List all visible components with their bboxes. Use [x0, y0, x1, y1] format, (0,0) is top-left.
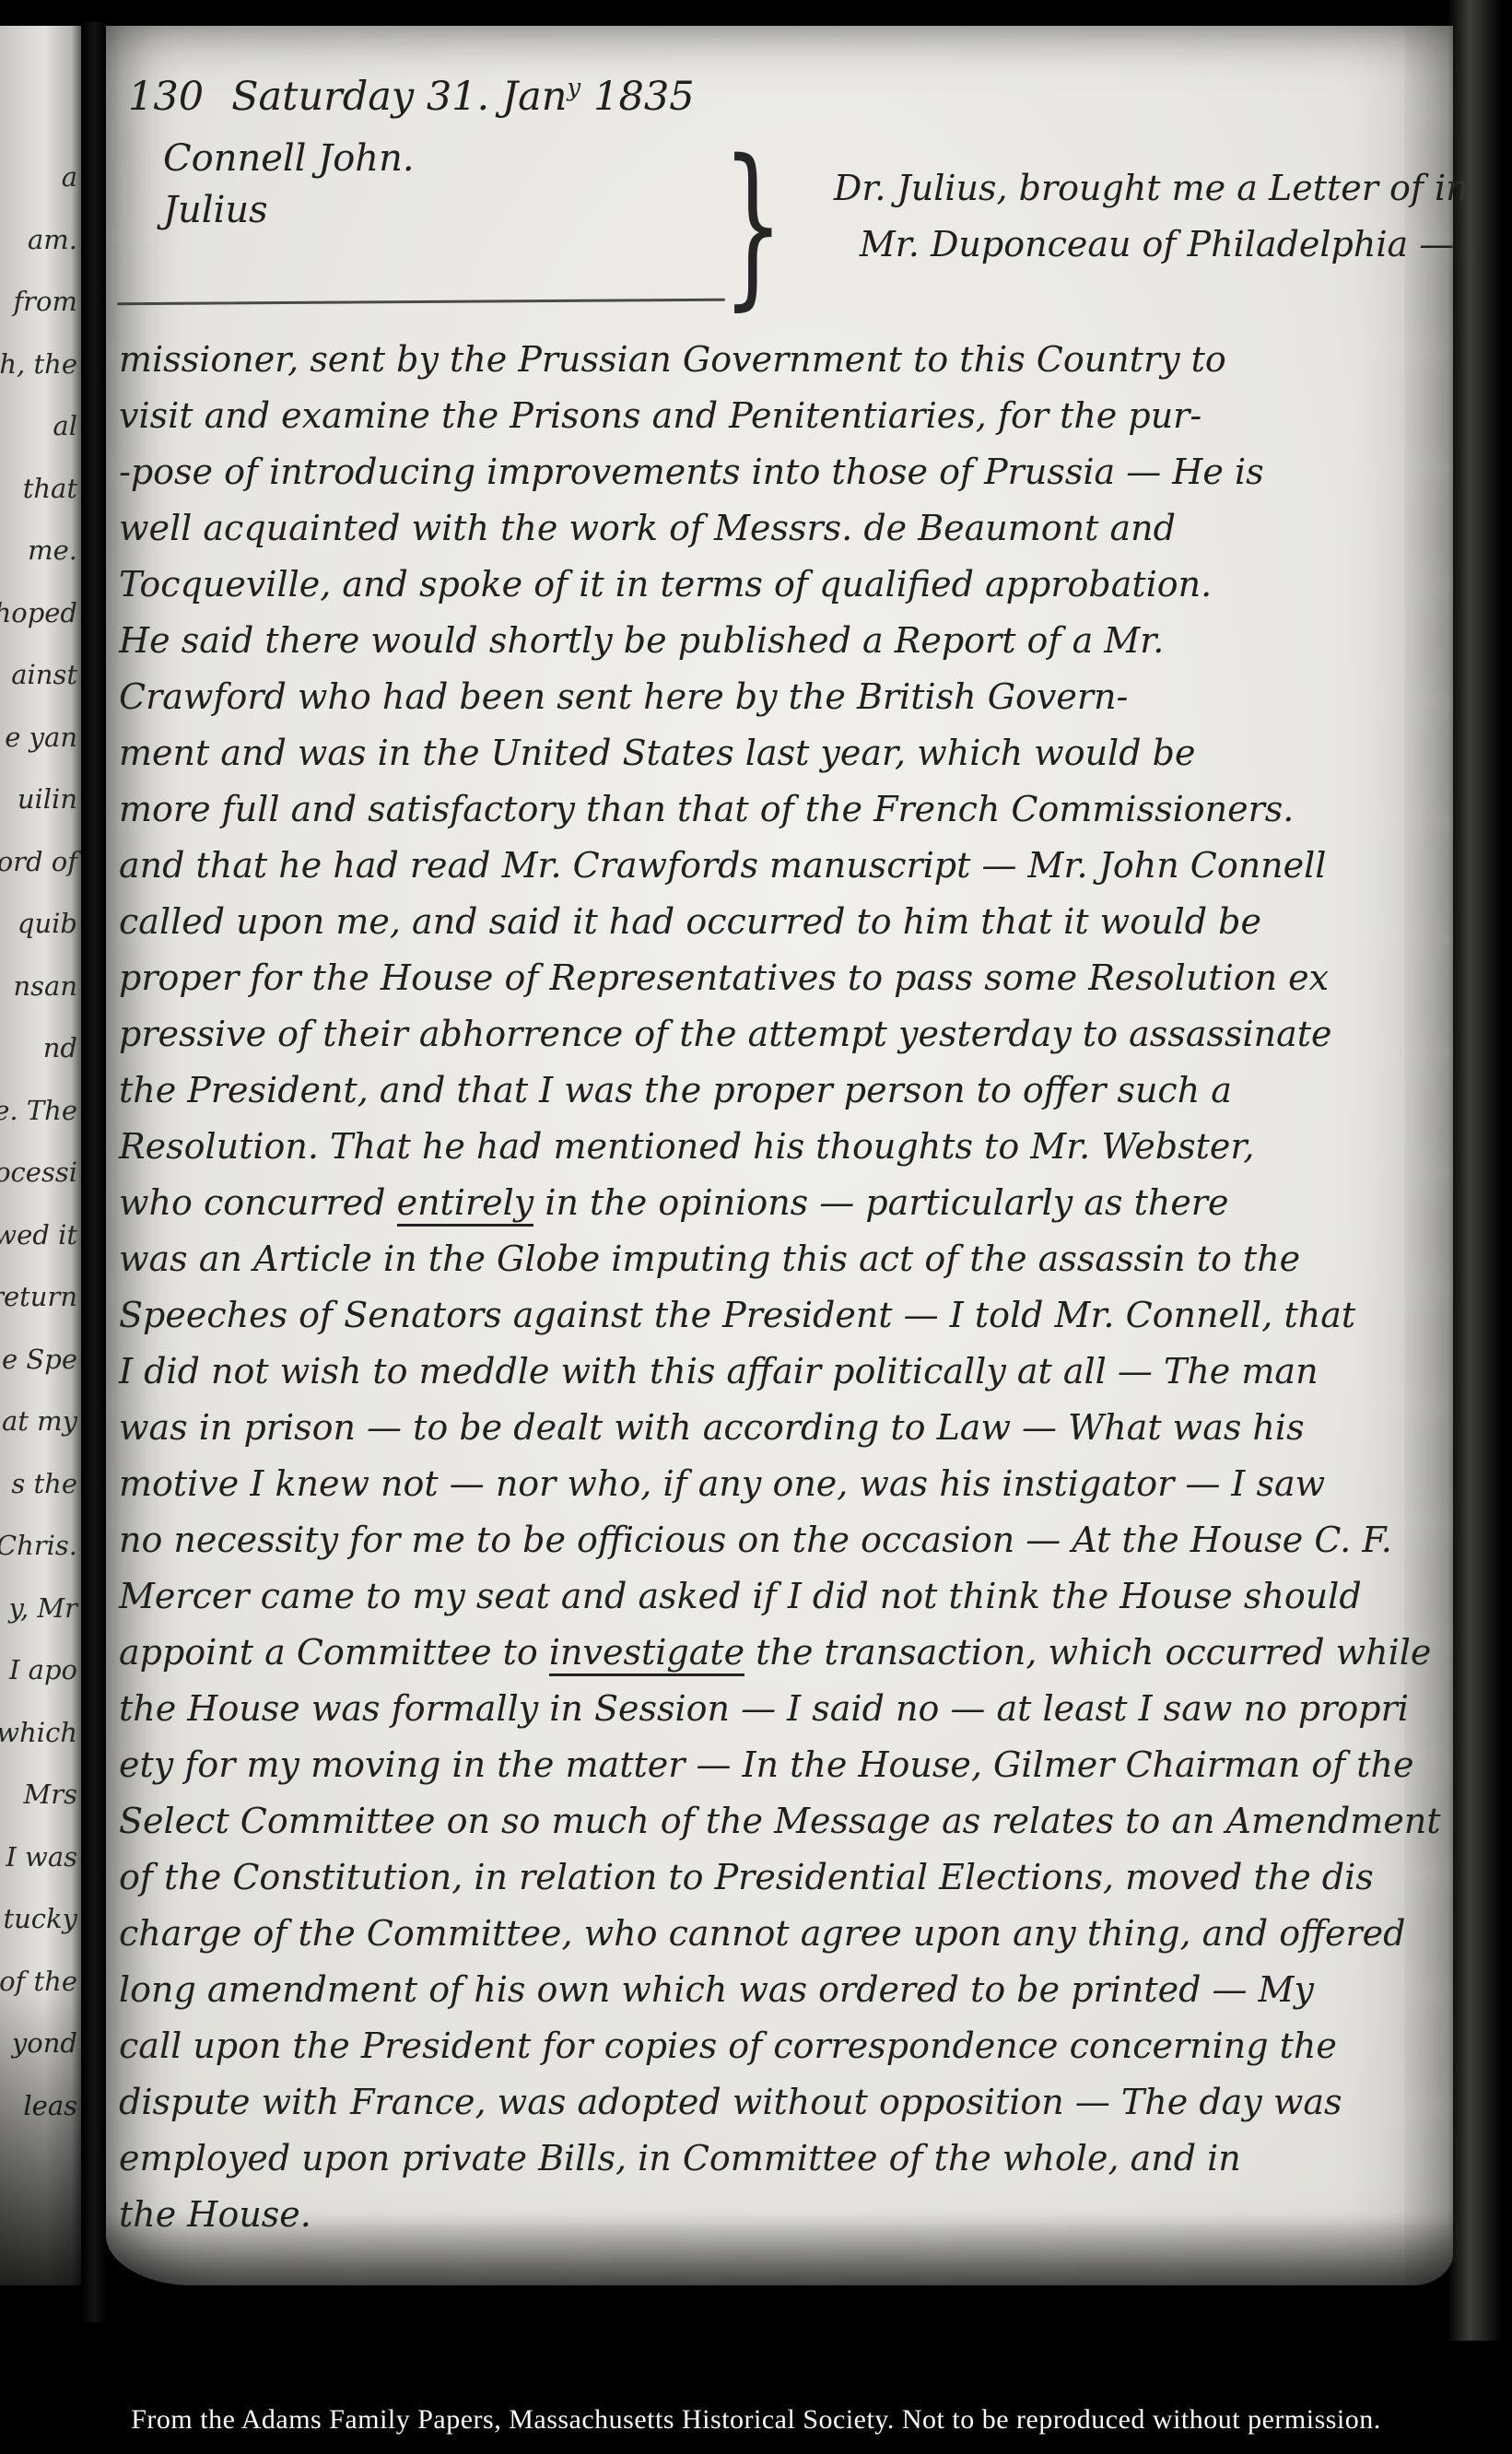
facing-page-text-fragment: quib	[18, 910, 77, 937]
facing-page-text-fragment: uilin	[18, 786, 77, 813]
entry-line: employed upon private Bills, in Committe…	[119, 2131, 1389, 2187]
facing-page-text-fragment: me.	[28, 537, 77, 564]
facing-page-edge: a am. from ch, the al that me. hoped ain…	[0, 26, 81, 2285]
entry-line: long amendment of his own which was orde…	[119, 1962, 1389, 2018]
facing-page-text-fragment: which	[0, 1720, 77, 1746]
facing-page-text-fragment: return	[0, 1284, 77, 1310]
entry-head: Connell John. Julius } Dr. Julius, broug…	[119, 133, 1389, 328]
entry-line: Mercer came to my seat and asked if I di…	[119, 1568, 1389, 1625]
margin-note-line: Julius	[163, 184, 722, 236]
entry-date-superscript: y	[567, 75, 580, 102]
entry-line: the House.	[119, 2187, 1389, 2243]
entry-line: no necessity for me to be officious on t…	[119, 1512, 1389, 1568]
entry-line: called upon me, and said it had occurred…	[119, 894, 1389, 950]
facing-page-text-fragment: yond	[12, 2030, 77, 2057]
entry-line: Tocqueville, and spoke of it in terms of…	[119, 557, 1389, 613]
entry-line: was in prison — to be dealt with accordi…	[119, 1400, 1389, 1456]
entry-line: I did not wish to meddle with this affai…	[119, 1344, 1389, 1400]
facing-page-text-fragment: at my	[2, 1408, 77, 1435]
entry-line: more full and satisfactory than that of …	[119, 781, 1389, 838]
facing-page-text-fragment: Mrs	[24, 1781, 77, 1808]
entry-line: He said there would shortly be published…	[119, 613, 1389, 669]
facing-page-text-fragment: e. The	[0, 1098, 77, 1124]
entry-line: the House was formally in Session — I sa…	[119, 1681, 1389, 1737]
entry-line: and that he had read Mr. Crawfords manus…	[119, 838, 1389, 894]
brace-mark: }	[722, 146, 783, 304]
entry-line: ety for my moving in the matter — In the…	[119, 1737, 1389, 1793]
entry-line: of the Constitution, in relation to Pres…	[119, 1849, 1389, 1906]
entry-line: pressive of their abhorrence of the atte…	[119, 1006, 1389, 1063]
facing-page-text-fragment: nsan	[13, 973, 77, 1000]
margin-note-underline	[117, 299, 725, 306]
entry-opening-lines: Dr. Julius, brought me a Letter of intro…	[834, 133, 1512, 273]
entry-line: motive I knew not — nor who, if any one,…	[119, 1456, 1389, 1512]
manuscript-scan: a am. from ch, the al that me. hoped ain…	[0, 0, 1512, 2454]
facing-page-text-fragment: I was	[6, 1844, 77, 1871]
facing-page-text-fragment: tucky	[3, 1906, 77, 1932]
page-number: 130	[128, 74, 204, 120]
entry-body-lines: missioner, sent by the Prussian Governme…	[119, 332, 1389, 2243]
facing-page-text-fragment: e Spe	[2, 1346, 77, 1373]
page-gutter-shadow	[81, 22, 106, 2322]
entry-line: Resolution. That he had mentioned his th…	[119, 1119, 1389, 1175]
entry-line: missioner, sent by the Prussian Governme…	[119, 332, 1389, 388]
entry-line: visit and examine the Prisons and Penite…	[119, 388, 1389, 444]
book-edge-shadow	[1448, 0, 1512, 2341]
entry-line: Mr. Duponceau of Philadelphia — Dr. Juli…	[860, 217, 1512, 273]
entry-line: who concurred entirely in the opinions —…	[119, 1175, 1389, 1231]
entry-line: well acquainted with the work of Messrs.…	[119, 500, 1389, 557]
facing-page-text-fragment: ainst	[11, 662, 77, 688]
facing-page-text-fragment: that	[23, 476, 77, 502]
entry-line: call upon the President for copies of co…	[119, 2018, 1389, 2074]
facing-page-text-fragment: s the	[11, 1471, 77, 1497]
entry-line: Speeches of Senators against the Preside…	[119, 1287, 1389, 1344]
page-header: 130Saturday 31. Jany1835	[128, 74, 1389, 120]
entry-date-year: 1835	[593, 74, 694, 120]
facing-page-text-fragment: of the	[0, 1968, 77, 1995]
facing-page-text-fragment: a	[62, 164, 77, 191]
entry-line: -pose of introducing improvements into t…	[119, 444, 1389, 500]
facing-page-text-fragment: e yan	[5, 724, 77, 751]
entry-line: appoint a Committee to investigate the t…	[119, 1625, 1389, 1681]
facing-page-text-fragment: ch, the	[0, 351, 77, 378]
entry-line: ment and was in the United States last y…	[119, 725, 1389, 781]
entry-date: Saturday 31. Jan	[231, 74, 567, 120]
facing-page-text-fragment: Chris.	[0, 1532, 77, 1559]
facing-page-text-fragment: nd	[43, 1035, 77, 1062]
facing-page-text-fragment: wed it	[0, 1222, 77, 1249]
facing-page-text-fragment: I apo	[9, 1657, 77, 1684]
facing-page-text-fragment: y, Mr	[8, 1595, 77, 1622]
facing-page-text-fragment: from	[13, 288, 77, 315]
diary-page-content: 130Saturday 31. Jany1835 Connell John. J…	[106, 26, 1453, 2285]
facing-page-text-fragment: al	[53, 413, 77, 440]
entry-line: Select Committee on so much of the Messa…	[119, 1793, 1389, 1849]
margin-note: Connell John. Julius	[119, 133, 722, 236]
entry-line: proper for the House of Representatives …	[119, 950, 1389, 1006]
entry-line: Dr. Julius, brought me a Letter of intro…	[834, 160, 1512, 217]
facing-page-text-fragment: ocessi	[0, 1159, 77, 1186]
facing-page-text-fragment: am.	[28, 227, 77, 253]
entry-line: was an Article in the Globe imputing thi…	[119, 1231, 1389, 1287]
copyright-caption: From the Adams Family Papers, Massachuse…	[0, 2404, 1512, 2436]
entry-line: Crawford who had been sent here by the B…	[119, 669, 1389, 725]
facing-page-text-fragment: hoped	[0, 600, 77, 627]
facing-page-text-fragment: word of	[0, 849, 77, 875]
diary-page: 130Saturday 31. Jany1835 Connell John. J…	[106, 26, 1453, 2285]
entry-line: charge of the Committee, who cannot agre…	[119, 1906, 1389, 1962]
facing-page-text-fragment: leas	[23, 2093, 77, 2119]
margin-note-line: Connell John.	[163, 133, 722, 184]
entry-line: dispute with France, was adopted without…	[119, 2074, 1389, 2131]
entry-line: the President, and that I was the proper…	[119, 1063, 1389, 1119]
